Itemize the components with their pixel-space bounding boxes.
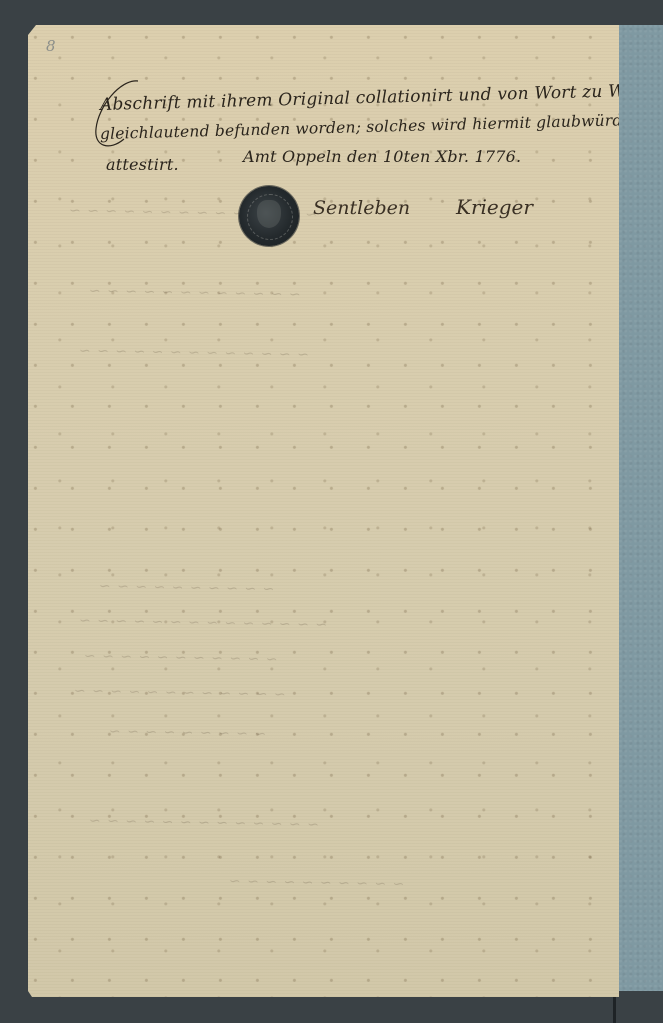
bleed-through-text: ~ ~ ~ ~ ~ ~ ~ ~ ~	[108, 724, 266, 743]
document-viewer: 8 ~ ~ ~ ~ ~ ~ ~ ~ ~ ~ ~ ~ ~ ~ ~ ~ ~ ~ ~ …	[0, 0, 663, 1023]
bleed-through-text: ~ ~ ~ ~ ~ ~ ~ ~ ~ ~ ~	[83, 648, 278, 667]
bleed-through-text: ~ ~ ~ ~ ~ ~ ~ ~ ~ ~	[228, 873, 405, 892]
initial-flourish-icon	[90, 77, 150, 157]
folio-number: 8	[46, 37, 56, 55]
attestation-line-3-left: attestirt.	[106, 155, 179, 174]
bleed-through-text: ~ ~ ~ ~ ~ ~ ~ ~ ~ ~	[98, 578, 275, 597]
attestation-line-1: Abschrift mit ihrem Original collationir…	[100, 81, 619, 115]
attestation-line-2: gleichlautend befunden worden; solches w…	[100, 111, 619, 143]
signature-sentleben: Sentleben	[313, 197, 410, 219]
seal-emblem-icon	[257, 200, 281, 228]
place-and-date: Amt Oppeln den 10ten Xbr. 1776.	[243, 147, 521, 166]
bleed-through-text: ~ ~ ~ ~ ~ ~ ~ ~ ~ ~ ~ ~ ~	[78, 343, 309, 363]
bleed-through-text: ~ ~ ~ ~ ~ ~ ~ ~ ~ ~ ~ ~	[88, 283, 301, 303]
bleed-through-text: ~ ~ ~ ~ ~ ~ ~ ~ ~ ~ ~ ~	[73, 683, 286, 703]
wax-seal-icon	[239, 186, 299, 246]
bleed-through-text: ~ ~ ~ ~ ~ ~ ~ ~ ~ ~ ~ ~ ~	[88, 813, 319, 833]
signature-krieger: Krieger	[456, 195, 533, 219]
bleed-through-text: ~ ~ ~ ~ ~ ~ ~ ~ ~ ~ ~ ~ ~ ~	[78, 613, 327, 633]
archive-backing-board	[619, 25, 663, 991]
manuscript-page: 8 ~ ~ ~ ~ ~ ~ ~ ~ ~ ~ ~ ~ ~ ~ ~ ~ ~ ~ ~ …	[28, 25, 619, 997]
